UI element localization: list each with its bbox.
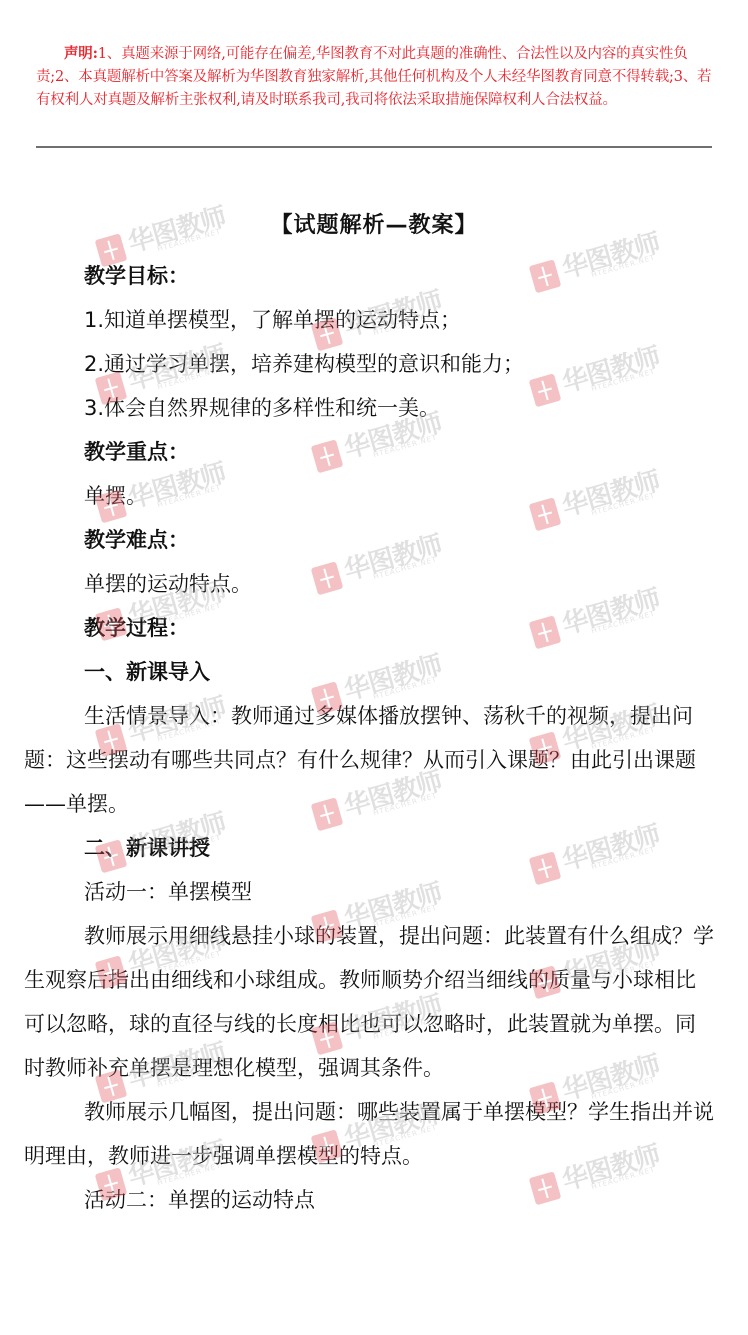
activity1-paragraph: 教师展示用细线悬挂小球的装置，提出问题：此装置有什么组成？学生观察后指出由细线和… <box>24 914 714 1090</box>
objective-item: 3.体会自然界规律的多样性和统一美。 <box>84 386 714 430</box>
key-point-heading: 教学重点： <box>84 430 714 474</box>
disclaimer-lead: 声明: <box>64 45 98 62</box>
difficulty-text: 单摆的运动特点。 <box>84 562 714 606</box>
part2-heading: 二、新课讲授 <box>84 826 714 870</box>
header-divider <box>36 146 712 148</box>
part1-text: 生活情景导入：教师通过多媒体播放摆钟、荡秋千的视频，提出问题：这些摆动有哪些共同… <box>24 694 714 826</box>
objectives-heading: 教学目标： <box>84 254 714 298</box>
lesson-plan-body: 教学目标： 1.知道单摆模型，了解单摆的运动特点； 2.通过学习单摆，培养建构模… <box>84 254 714 1222</box>
part1-heading: 一、新课导入 <box>84 650 714 694</box>
activity1-paragraph: 教师展示几幅图，提出问题：哪些装置属于单摆模型？学生指出并说明理由，教师进一步强… <box>24 1090 714 1178</box>
activity2-heading: 活动二：单摆的运动特点 <box>84 1178 714 1222</box>
process-heading: 教学过程： <box>84 606 714 650</box>
page-title: 【试题解析—教案】 <box>0 208 748 239</box>
objective-item: 2.通过学习单摆，培养建构模型的意识和能力； <box>84 342 714 386</box>
disclaimer-text: 1、真题来源于网络,可能存在偏差,华图教育不对此真题的准确性、合法性以及内容的真… <box>36 46 711 108</box>
objective-item: 1.知道单摆模型，了解单摆的运动特点； <box>84 298 714 342</box>
difficulty-heading: 教学难点： <box>84 518 714 562</box>
activity1-heading: 活动一：单摆模型 <box>84 870 714 914</box>
disclaimer: 声明:1、真题来源于网络,可能存在偏差,华图教育不对此真题的准确性、合法性以及内… <box>36 42 712 112</box>
key-point-text: 单摆。 <box>84 474 714 518</box>
